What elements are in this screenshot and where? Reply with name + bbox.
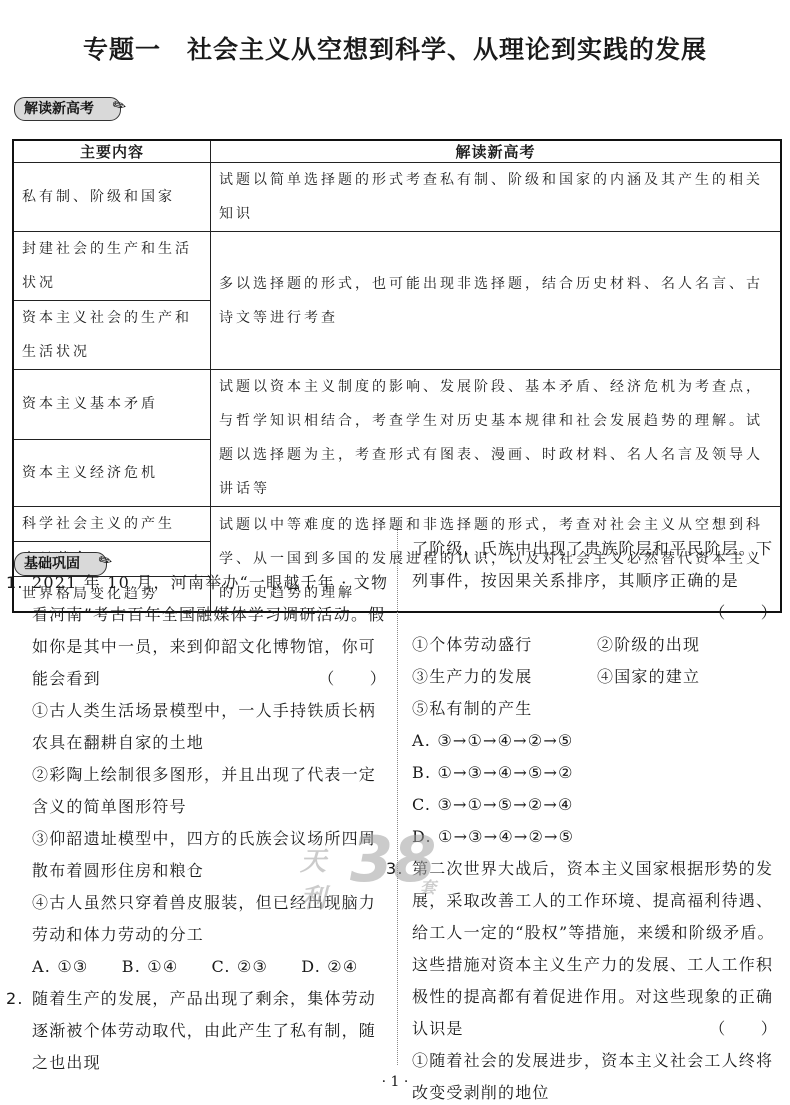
answer-bracket[interactable]: （ ） [709, 597, 778, 629]
question-stem: 随着生产的发展，产品出现了剩余，集体劳动逐渐被个体劳动取代，由此产生了私有制，随… [32, 989, 376, 1072]
option-b[interactable]: B. ①→③→④→⑤→② [412, 757, 782, 789]
statement-item: ④古人虽然只穿着兽皮服装，但已经出现脑力劳动和体力劳动的分工 [32, 887, 391, 951]
question-2-continued: 了阶级，氏族中出现了贵族阶层和平民阶层。下列事件，按因果关系排序，其顺序正确的是… [412, 533, 782, 853]
page-title: 专题一 社会主义从空想到科学、从理论到实践的发展 [0, 30, 790, 66]
desc-cell: 多以选择题的形式，也可能出现非选择题，结合历史材料、名人名言、古诗文等进行考查 [211, 232, 782, 370]
question-number: 3. [386, 853, 404, 885]
question-1: 1. 2021 年 10 月，河南举办“一眼越千年 · 文物看河南”考古百年全国… [6, 567, 391, 983]
option-d[interactable]: D. ①→③→④→②→⑤ [412, 821, 782, 853]
section-label: 解读新高考 [24, 101, 94, 117]
option-c[interactable]: C. ③→①→⑤→②→④ [412, 789, 782, 821]
question-stem: 了阶级，氏族中出现了贵族阶层和平民阶层。下列事件，按因果关系排序，其顺序正确的是 [412, 539, 773, 590]
question-number: 1. [6, 567, 24, 599]
topic-cell: 资本主义社会的生产和生活状况 [13, 301, 211, 370]
question-number: 2. [6, 983, 24, 1015]
question-3: 3. 第二次世界大战后，资本主义国家根据形势的发展，采取改善工人的工作环境、提高… [386, 853, 782, 1105]
item-pair: ①个体劳动盛行 ②阶级的出现 [412, 629, 782, 661]
statement-item: ③仰韶遗址模型中，四方的氏族会议场所四周散布着圆形住房和粮仓 [32, 823, 391, 887]
option-d[interactable]: D. ②④ [301, 951, 391, 983]
section-badge-interpret: 解读新高考 ✎ [14, 97, 121, 121]
topic-cell: 私有制、阶级和国家 [13, 163, 211, 232]
option-a[interactable]: A. ③→①→④→②→⑤ [412, 725, 782, 757]
answer-bracket[interactable]: （ ） [318, 663, 387, 695]
item-pair: ③生产力的发展 ④国家的建立 [412, 661, 782, 693]
header-main-content: 主要内容 [13, 140, 211, 163]
table-row: 封建社会的生产和生活状况 多以选择题的形式，也可能出现非选择题，结合历史材料、名… [13, 232, 781, 301]
answer-bracket[interactable]: （ ） [709, 1013, 778, 1045]
question-2-start: 2. 随着生产的发展，产品出现了剩余，集体劳动逐渐被个体劳动取代，由此产生了私有… [6, 983, 391, 1079]
statement-item: ③生产力的发展 [412, 661, 597, 693]
pencil-icon: ✎ [108, 93, 131, 119]
topic-cell: 科学社会主义的产生 [13, 507, 211, 542]
option-b[interactable]: B. ①④ [122, 951, 212, 983]
table-header-row: 主要内容 解读新高考 [13, 140, 781, 163]
left-column: 1. 2021 年 10 月，河南举办“一眼越千年 · 文物看河南”考古百年全国… [6, 567, 391, 1079]
table-row: 私有制、阶级和国家 试题以简单选择题的形式考查私有制、阶级和国家的内涵及其产生的… [13, 163, 781, 232]
statement-item: ②阶级的出现 [597, 629, 782, 661]
topic-cell: 资本主义基本矛盾 [13, 370, 211, 440]
page-number: · 1 · [0, 1074, 790, 1090]
table-row: 资本主义基本矛盾 试题以资本主义制度的影响、发展阶段、基本矛盾、经济危机为考查点… [13, 370, 781, 440]
desc-cell: 试题以资本主义制度的影响、发展阶段、基本矛盾、经济危机为考查点，与哲学知识相结合… [211, 370, 782, 507]
option-a[interactable]: A. ①③ [32, 951, 122, 983]
topic-cell: 封建社会的生产和生活状况 [13, 232, 211, 301]
right-column: 了阶级，氏族中出现了贵族阶层和平民阶层。下列事件，按因果关系排序，其顺序正确的是… [412, 533, 782, 1105]
statement-item: ①古人类生活场景模型中，一人手持铁质长柄农具在翻耕自家的土地 [32, 695, 391, 759]
statement-item: ①个体劳动盛行 [412, 629, 597, 661]
answer-options: A. ①③ B. ①④ C. ②③ D. ②④ [32, 951, 391, 983]
desc-cell: 试题以简单选择题的形式考查私有制、阶级和国家的内涵及其产生的相关知识 [211, 163, 782, 232]
statement-item: ②彩陶上绘制很多图形，并且出现了代表一定含义的简单图形符号 [32, 759, 391, 823]
topic-cell: 资本主义经济危机 [13, 439, 211, 506]
option-c[interactable]: C. ②③ [212, 951, 302, 983]
statement-item: ④国家的建立 [597, 661, 782, 693]
header-interpret: 解读新高考 [211, 140, 782, 163]
question-stem: 第二次世界大战后，资本主义国家根据形势的发展，采取改善工人的工作环境、提高福利待… [412, 859, 775, 1038]
statement-item: ⑤私有制的产生 [412, 693, 782, 725]
